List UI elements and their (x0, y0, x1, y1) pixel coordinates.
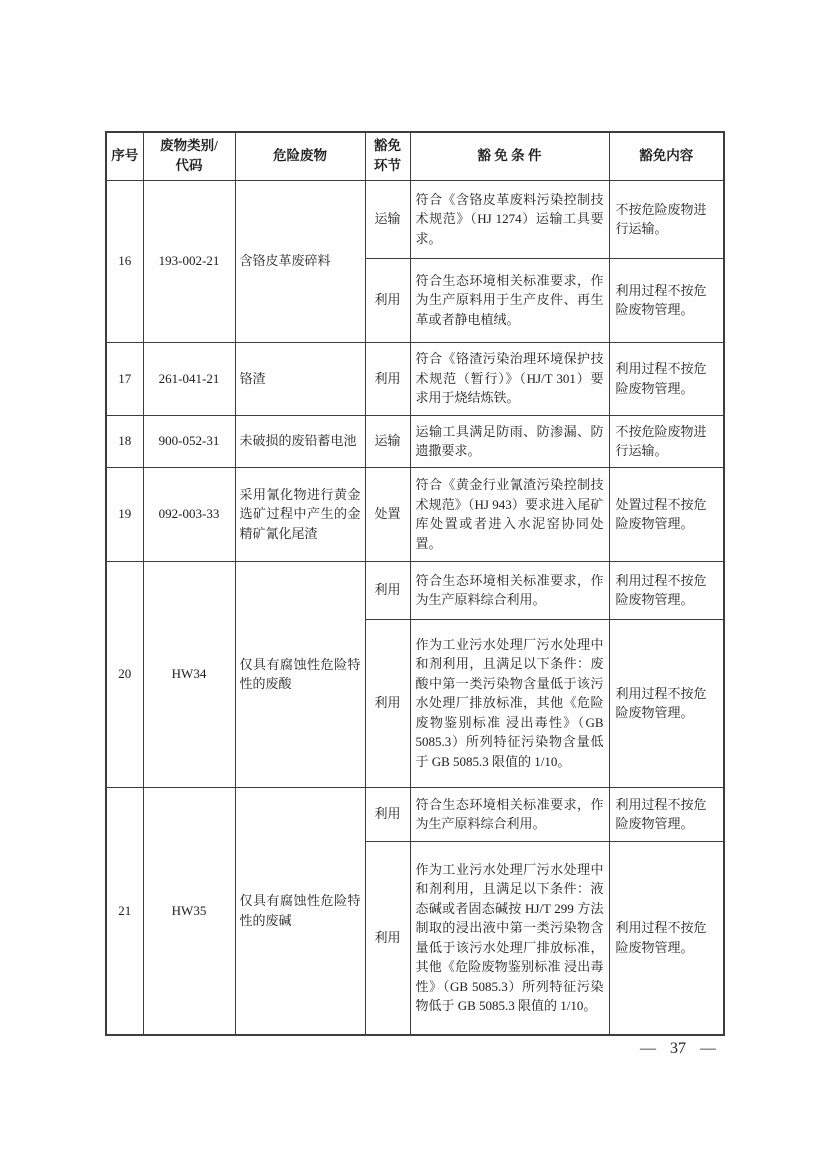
document-page: 序号 废物类别/ 代码 危险废物 豁免 环节 豁 免 条 件 豁免内容 16 1… (0, 0, 826, 1169)
cell-serial-number: 18 (106, 415, 143, 467)
cell-hazardous-waste: 含铬皮革废碎料 (235, 180, 365, 342)
cell-hazardous-waste: 铬渣 (235, 342, 365, 415)
cell-exemption-content: 利用过程不按危险废物管理。 (609, 841, 724, 1035)
table-header-row: 序号 废物类别/ 代码 危险废物 豁免 环节 豁 免 条 件 豁免内容 (106, 132, 724, 180)
cell-exemption-content: 利用过程不按危险废物管理。 (609, 787, 724, 841)
cell-hazardous-waste: 仅具有腐蚀性危险特性的废碱 (235, 787, 365, 1035)
cell-exemption-stage: 运输 (365, 180, 410, 258)
cell-exemption-condition: 符合《含铬皮革废料污染控制技术规范》（HJ 1274）运输工具要求。 (410, 180, 609, 258)
page-number: 37 (670, 1040, 686, 1058)
cell-waste-code: 900-052-31 (143, 415, 235, 467)
cell-exemption-condition: 运输工具满足防雨、防渗漏、防遗撒要求。 (410, 415, 609, 467)
cell-hazardous-waste: 采用氰化物进行黄金选矿过程中产生的金精矿氰化尾渣 (235, 467, 365, 561)
header-exemption-condition: 豁 免 条 件 (410, 132, 609, 180)
header-hazardous-waste: 危险废物 (235, 132, 365, 180)
cell-waste-code: HW35 (143, 787, 235, 1035)
cell-serial-number: 19 (106, 467, 143, 561)
table-row: 19 092-003-33 采用氰化物进行黄金选矿过程中产生的金精矿氰化尾渣 处… (106, 467, 724, 561)
cell-exemption-content: 利用过程不按危险废物管理。 (609, 342, 724, 415)
cell-waste-code: 193-002-21 (143, 180, 235, 342)
table-row: 21 HW35 仅具有腐蚀性危险特性的废碱 利用 符合生态环境相关标准要求，作为… (106, 787, 724, 841)
cell-exemption-content: 不按危险废物进行运输。 (609, 180, 724, 258)
cell-exemption-condition: 符合生态环境相关标准要求，作为生产原料综合利用。 (410, 561, 609, 619)
table-row: 20 HW34 仅具有腐蚀性危险特性的废酸 利用 符合生态环境相关标准要求，作为… (106, 561, 724, 619)
cell-exemption-condition: 作为工业污水处理厂污水处理中和剂利用，且满足以下条件：废酸中第一类污染物含量低于… (410, 619, 609, 787)
cell-exemption-condition: 符合生态环境相关标准要求，作为生产原料用于生产皮件、再生革或者静电植绒。 (410, 258, 609, 342)
cell-exemption-stage: 利用 (365, 258, 410, 342)
cell-waste-code: HW34 (143, 561, 235, 787)
cell-waste-code: 261-041-21 (143, 342, 235, 415)
cell-exemption-stage: 利用 (365, 561, 410, 619)
cell-exemption-stage: 利用 (365, 342, 410, 415)
header-serial-number: 序号 (106, 132, 143, 180)
cell-hazardous-waste: 未破损的废铅蓄电池 (235, 415, 365, 467)
cell-exemption-stage: 利用 (365, 841, 410, 1035)
cell-exemption-content: 处置过程不按危险废物管理。 (609, 467, 724, 561)
cell-exemption-stage: 处置 (365, 467, 410, 561)
footer-dash-left: — (640, 1040, 656, 1058)
cell-exemption-content: 利用过程不按危险废物管理。 (609, 561, 724, 619)
cell-hazardous-waste: 仅具有腐蚀性危险特性的废酸 (235, 561, 365, 787)
exemption-table: 序号 废物类别/ 代码 危险废物 豁免 环节 豁 免 条 件 豁免内容 16 1… (105, 131, 725, 1036)
cell-serial-number: 20 (106, 561, 143, 787)
cell-serial-number: 16 (106, 180, 143, 342)
cell-exemption-condition: 符合《黄金行业氰渣污染控制技术规范》（HJ 943）要求进入尾矿库处置或者进入水… (410, 467, 609, 561)
table-row: 17 261-041-21 铬渣 利用 符合《铬渣污染治理环境保护技术规范（暂行… (106, 342, 724, 415)
cell-exemption-condition: 符合生态环境相关标准要求，作为生产原料综合利用。 (410, 787, 609, 841)
cell-waste-code: 092-003-33 (143, 467, 235, 561)
cell-exemption-stage: 运输 (365, 415, 410, 467)
page-footer: — 37 — (640, 1040, 716, 1058)
cell-exemption-content: 不按危险废物进行运输。 (609, 415, 724, 467)
cell-exemption-stage: 利用 (365, 619, 410, 787)
header-exemption-content: 豁免内容 (609, 132, 724, 180)
cell-exemption-stage: 利用 (365, 787, 410, 841)
table-row: 16 193-002-21 含铬皮革废碎料 运输 符合《含铬皮革废料污染控制技术… (106, 180, 724, 258)
cell-exemption-content: 利用过程不按危险废物管理。 (609, 619, 724, 787)
header-waste-category-code: 废物类别/ 代码 (143, 132, 235, 180)
table-row: 18 900-052-31 未破损的废铅蓄电池 运输 运输工具满足防雨、防渗漏、… (106, 415, 724, 467)
cell-exemption-condition: 作为工业污水处理厂污水处理中和剂利用，且满足以下条件：液态碱或者固态碱按 HJ/… (410, 841, 609, 1035)
cell-exemption-content: 利用过程不按危险废物管理。 (609, 258, 724, 342)
footer-dash-right: — (700, 1040, 716, 1058)
cell-serial-number: 21 (106, 787, 143, 1035)
cell-exemption-condition: 符合《铬渣污染治理环境保护技术规范（暂行）》（HJ/T 301）要求用于烧结炼铁… (410, 342, 609, 415)
cell-serial-number: 17 (106, 342, 143, 415)
header-exemption-stage: 豁免 环节 (365, 132, 410, 180)
